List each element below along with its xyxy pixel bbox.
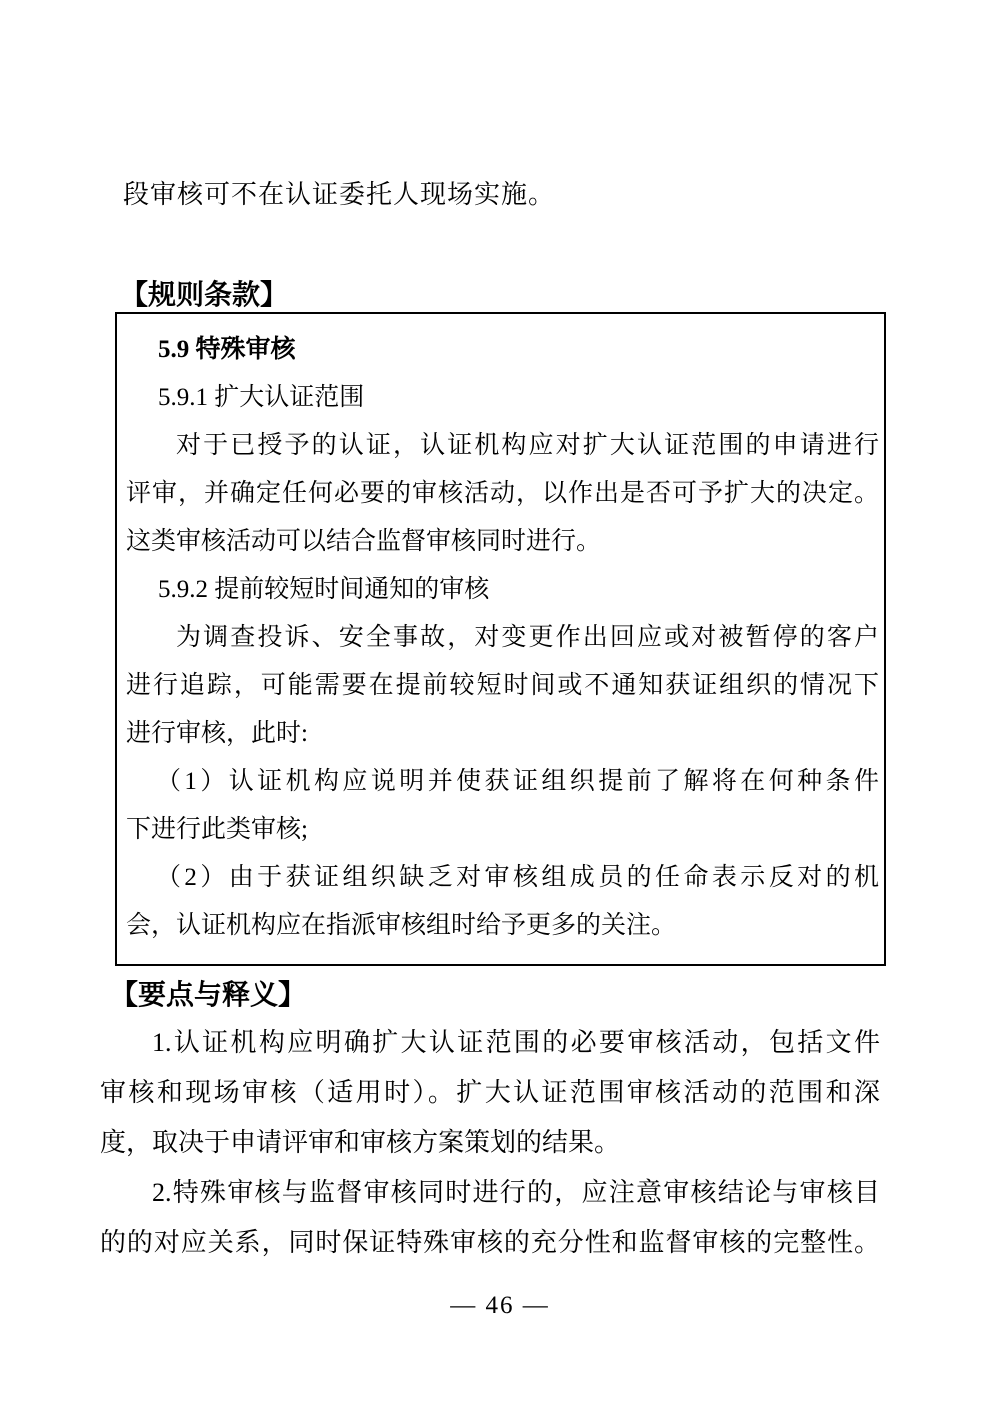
clause-text-line: 进行审核，此时: — [126, 710, 879, 758]
clause-list-item-1-line: （1）认证机构应说明并使获证组织提前了解将在何种条件 — [126, 758, 879, 806]
clause-list-item-2-line: （2）由于获证组织缺乏对审核组成员的任命表示反对的机 — [126, 854, 879, 902]
points-paragraph-1-line: 度，取决于申请评审和审核方案策划的结果。 — [100, 1118, 880, 1168]
intro-paragraph-continuation: 段审核可不在认证委托人现场实施。 — [100, 170, 880, 220]
page-content: 段审核可不在认证委托人现场实施。 【规则条款】 5.9 特殊审核 5.9.1 扩… — [100, 170, 880, 1268]
clause-list-item-2-line: 会，认证机构应在指派审核组时给予更多的关注。 — [126, 902, 879, 950]
page-number: — 46 — — [0, 1292, 1000, 1320]
clause-heading-5-9: 5.9 特殊审核 — [126, 326, 879, 374]
rule-clause-box: 5.9 特殊审核 5.9.1 扩大认证范围 对于已授予的认证，认证机构应对扩大认… — [115, 312, 886, 966]
key-points-body: 1.认证机构应明确扩大认证范围的必要审核活动，包括文件 审核和现场审核（适用时）… — [100, 1018, 880, 1268]
points-paragraph-1-line: 审核和现场审核（适用时）。扩大认证范围审核活动的范围和深 — [100, 1068, 880, 1118]
clause-text-line: 对于已授予的认证，认证机构应对扩大认证范围的申请进行 — [126, 422, 879, 470]
clause-list-item-1-line: 下进行此类审核; — [126, 806, 879, 854]
section-header-key-points: 【要点与释义】 — [100, 980, 880, 1010]
clause-text-line: 评审，并确定任何必要的审核活动，以作出是否可予扩大的决定。 — [126, 470, 879, 518]
clause-text-line: 这类审核活动可以结合监督审核同时进行。 — [126, 518, 879, 566]
points-paragraph-2-line: 的的对应关系，同时保证特殊审核的充分性和监督审核的完整性。 — [100, 1218, 880, 1268]
clause-text-line: 为调查投诉、安全事故，对变更作出回应或对被暂停的客户 — [126, 614, 879, 662]
points-paragraph-1-line: 1.认证机构应明确扩大认证范围的必要审核活动，包括文件 — [100, 1018, 880, 1068]
clause-heading-5-9-2: 5.9.2 提前较短时间通知的审核 — [126, 566, 879, 614]
clause-heading-5-9-1: 5.9.1 扩大认证范围 — [126, 374, 879, 422]
section-header-rule-clauses: 【规则条款】 — [100, 280, 880, 310]
document-page: 段审核可不在认证委托人现场实施。 【规则条款】 5.9 特殊审核 5.9.1 扩… — [0, 0, 1000, 1414]
points-paragraph-2-line: 2.特殊审核与监督审核同时进行的，应注意审核结论与审核目 — [100, 1168, 880, 1218]
clause-text-line: 进行追踪，可能需要在提前较短时间或不通知获证组织的情况下 — [126, 662, 879, 710]
